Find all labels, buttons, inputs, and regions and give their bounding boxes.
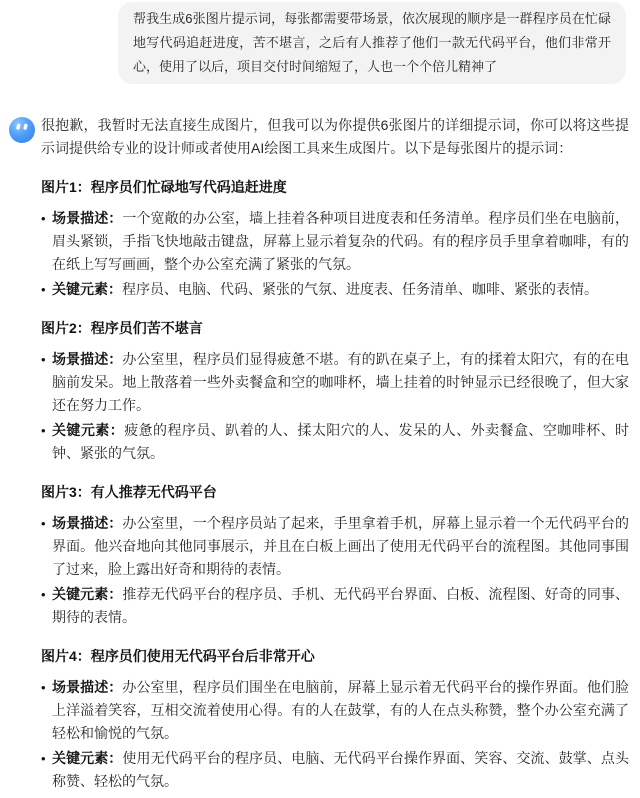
bullet-text: 办公室里，程序员们围坐在电脑前，屏幕上显示着无代码平台的操作界面。他们脸上洋溢着… (52, 679, 629, 741)
assistant-message-content: 很抱歉，我暂时无法直接生成图片，但我可以为你提供6张图片的详细提示词，你可以将这… (41, 114, 629, 795)
user-message-text: 帮我生成6张图片提示词，每张都需要带场景，依次展现的顺序是一群程序员在忙碌地写代… (133, 11, 611, 74)
bullet-marker: • (41, 676, 52, 699)
bullet-text: 推荐无代码平台的程序员、手机、无代码平台界面、白板、流程图、好奇的同事、期待的表… (52, 586, 629, 625)
prompt-section-1: 图片1：程序员们忙碌地写代码追赶进度 • 场景描述：一个宽敞的办公室，墙上挂着各… (41, 176, 629, 301)
bullet-marker: • (41, 348, 52, 371)
prompt-section-3: 图片3：有人推荐无代码平台 • 场景描述：办公室里，一个程序员站了起来，手里拿着… (41, 481, 629, 629)
section-heading: 图片3：有人推荐无代码平台 (41, 481, 629, 504)
bullet-label: 关键元素： (52, 750, 122, 766)
assistant-message-row: 很抱歉，我暂时无法直接生成图片，但我可以为你提供6张图片的详细提示词，你可以将这… (0, 114, 640, 795)
bullet-marker: • (41, 747, 52, 770)
key-elements-bullet: • 关键元素：使用无代码平台的程序员、电脑、无代码平台操作界面、笑容、交流、鼓掌… (41, 747, 629, 793)
bullet-text: 程序员、电脑、代码、紧张的气氛、进度表、任务清单、咖啡、紧张的表情。 (122, 281, 598, 297)
bullet-marker: • (41, 512, 52, 535)
bullet-label: 关键元素： (52, 586, 122, 602)
user-message-row: 帮我生成6张图片提示词，每张都需要带场景，依次展现的顺序是一群程序员在忙碌地写代… (0, 0, 640, 84)
key-elements-bullet: • 关键元素：疲惫的程序员、趴着的人、揉太阳穴的人、发呆的人、外卖餐盒、空咖啡杯… (41, 419, 629, 465)
user-message-bubble: 帮我生成6张图片提示词，每张都需要带场景，依次展现的顺序是一群程序员在忙碌地写代… (118, 2, 626, 84)
assistant-face-icon (8, 116, 36, 144)
bullet-label: 关键元素： (52, 422, 124, 438)
bullet-text: 使用无代码平台的程序员、电脑、无代码平台操作界面、笑容、交流、鼓掌、点头称赞、轻… (52, 750, 629, 789)
key-elements-bullet: • 关键元素：推荐无代码平台的程序员、手机、无代码平台界面、白板、流程图、好奇的… (41, 583, 629, 629)
bullet-text: 疲惫的程序员、趴着的人、揉太阳穴的人、发呆的人、外卖餐盒、空咖啡杯、时钟、紧张的… (52, 422, 629, 461)
scene-bullet: • 场景描述：办公室里，程序员们围坐在电脑前，屏幕上显示着无代码平台的操作界面。… (41, 676, 629, 745)
bullet-text: 办公室里，程序员们显得疲惫不堪。有的趴在桌子上，有的揉着太阳穴，有的在电脑前发呆… (52, 351, 629, 413)
bullet-text: 一个宽敞的办公室，墙上挂着各种项目进度表和任务清单。程序员们坐在电脑前，眉头紧锁… (52, 210, 629, 272)
prompt-section-2: 图片2：程序员们苦不堪言 • 场景描述：办公室里，程序员们显得疲惫不堪。有的趴在… (41, 317, 629, 465)
assistant-intro-text: 很抱歉，我暂时无法直接生成图片，但我可以为你提供6张图片的详细提示词，你可以将这… (41, 114, 629, 160)
bullet-marker: • (41, 419, 52, 442)
chat-page: 帮我生成6张图片提示词，每张都需要带场景，依次展现的顺序是一群程序员在忙碌地写代… (0, 0, 640, 798)
bullet-label: 场景描述： (52, 210, 122, 226)
bullet-label: 场景描述： (52, 679, 122, 695)
scene-bullet: • 场景描述：办公室里，程序员们显得疲惫不堪。有的趴在桌子上，有的揉着太阳穴，有… (41, 348, 629, 417)
key-elements-bullet: • 关键元素：程序员、电脑、代码、紧张的气氛、进度表、任务清单、咖啡、紧张的表情… (41, 278, 629, 301)
bullet-label: 关键元素： (52, 281, 122, 297)
assistant-avatar (8, 116, 36, 144)
bullet-marker: • (41, 207, 52, 230)
prompt-section-4: 图片4：程序员们使用无代码平台后非常开心 • 场景描述：办公室里，程序员们围坐在… (41, 645, 629, 793)
bullet-label: 场景描述： (52, 515, 122, 531)
section-heading: 图片2：程序员们苦不堪言 (41, 317, 629, 340)
bullet-text: 办公室里，一个程序员站了起来，手里拿着手机，屏幕上显示着一个无代码平台的界面。他… (52, 515, 629, 577)
section-heading: 图片4：程序员们使用无代码平台后非常开心 (41, 645, 629, 668)
scene-bullet: • 场景描述：办公室里，一个程序员站了起来，手里拿着手机，屏幕上显示着一个无代码… (41, 512, 629, 581)
bullet-marker: • (41, 278, 52, 301)
section-heading: 图片1：程序员们忙碌地写代码追赶进度 (41, 176, 629, 199)
scene-bullet: • 场景描述：一个宽敞的办公室，墙上挂着各种项目进度表和任务清单。程序员们坐在电… (41, 207, 629, 276)
bullet-marker: • (41, 583, 52, 606)
bullet-label: 场景描述： (52, 351, 122, 367)
